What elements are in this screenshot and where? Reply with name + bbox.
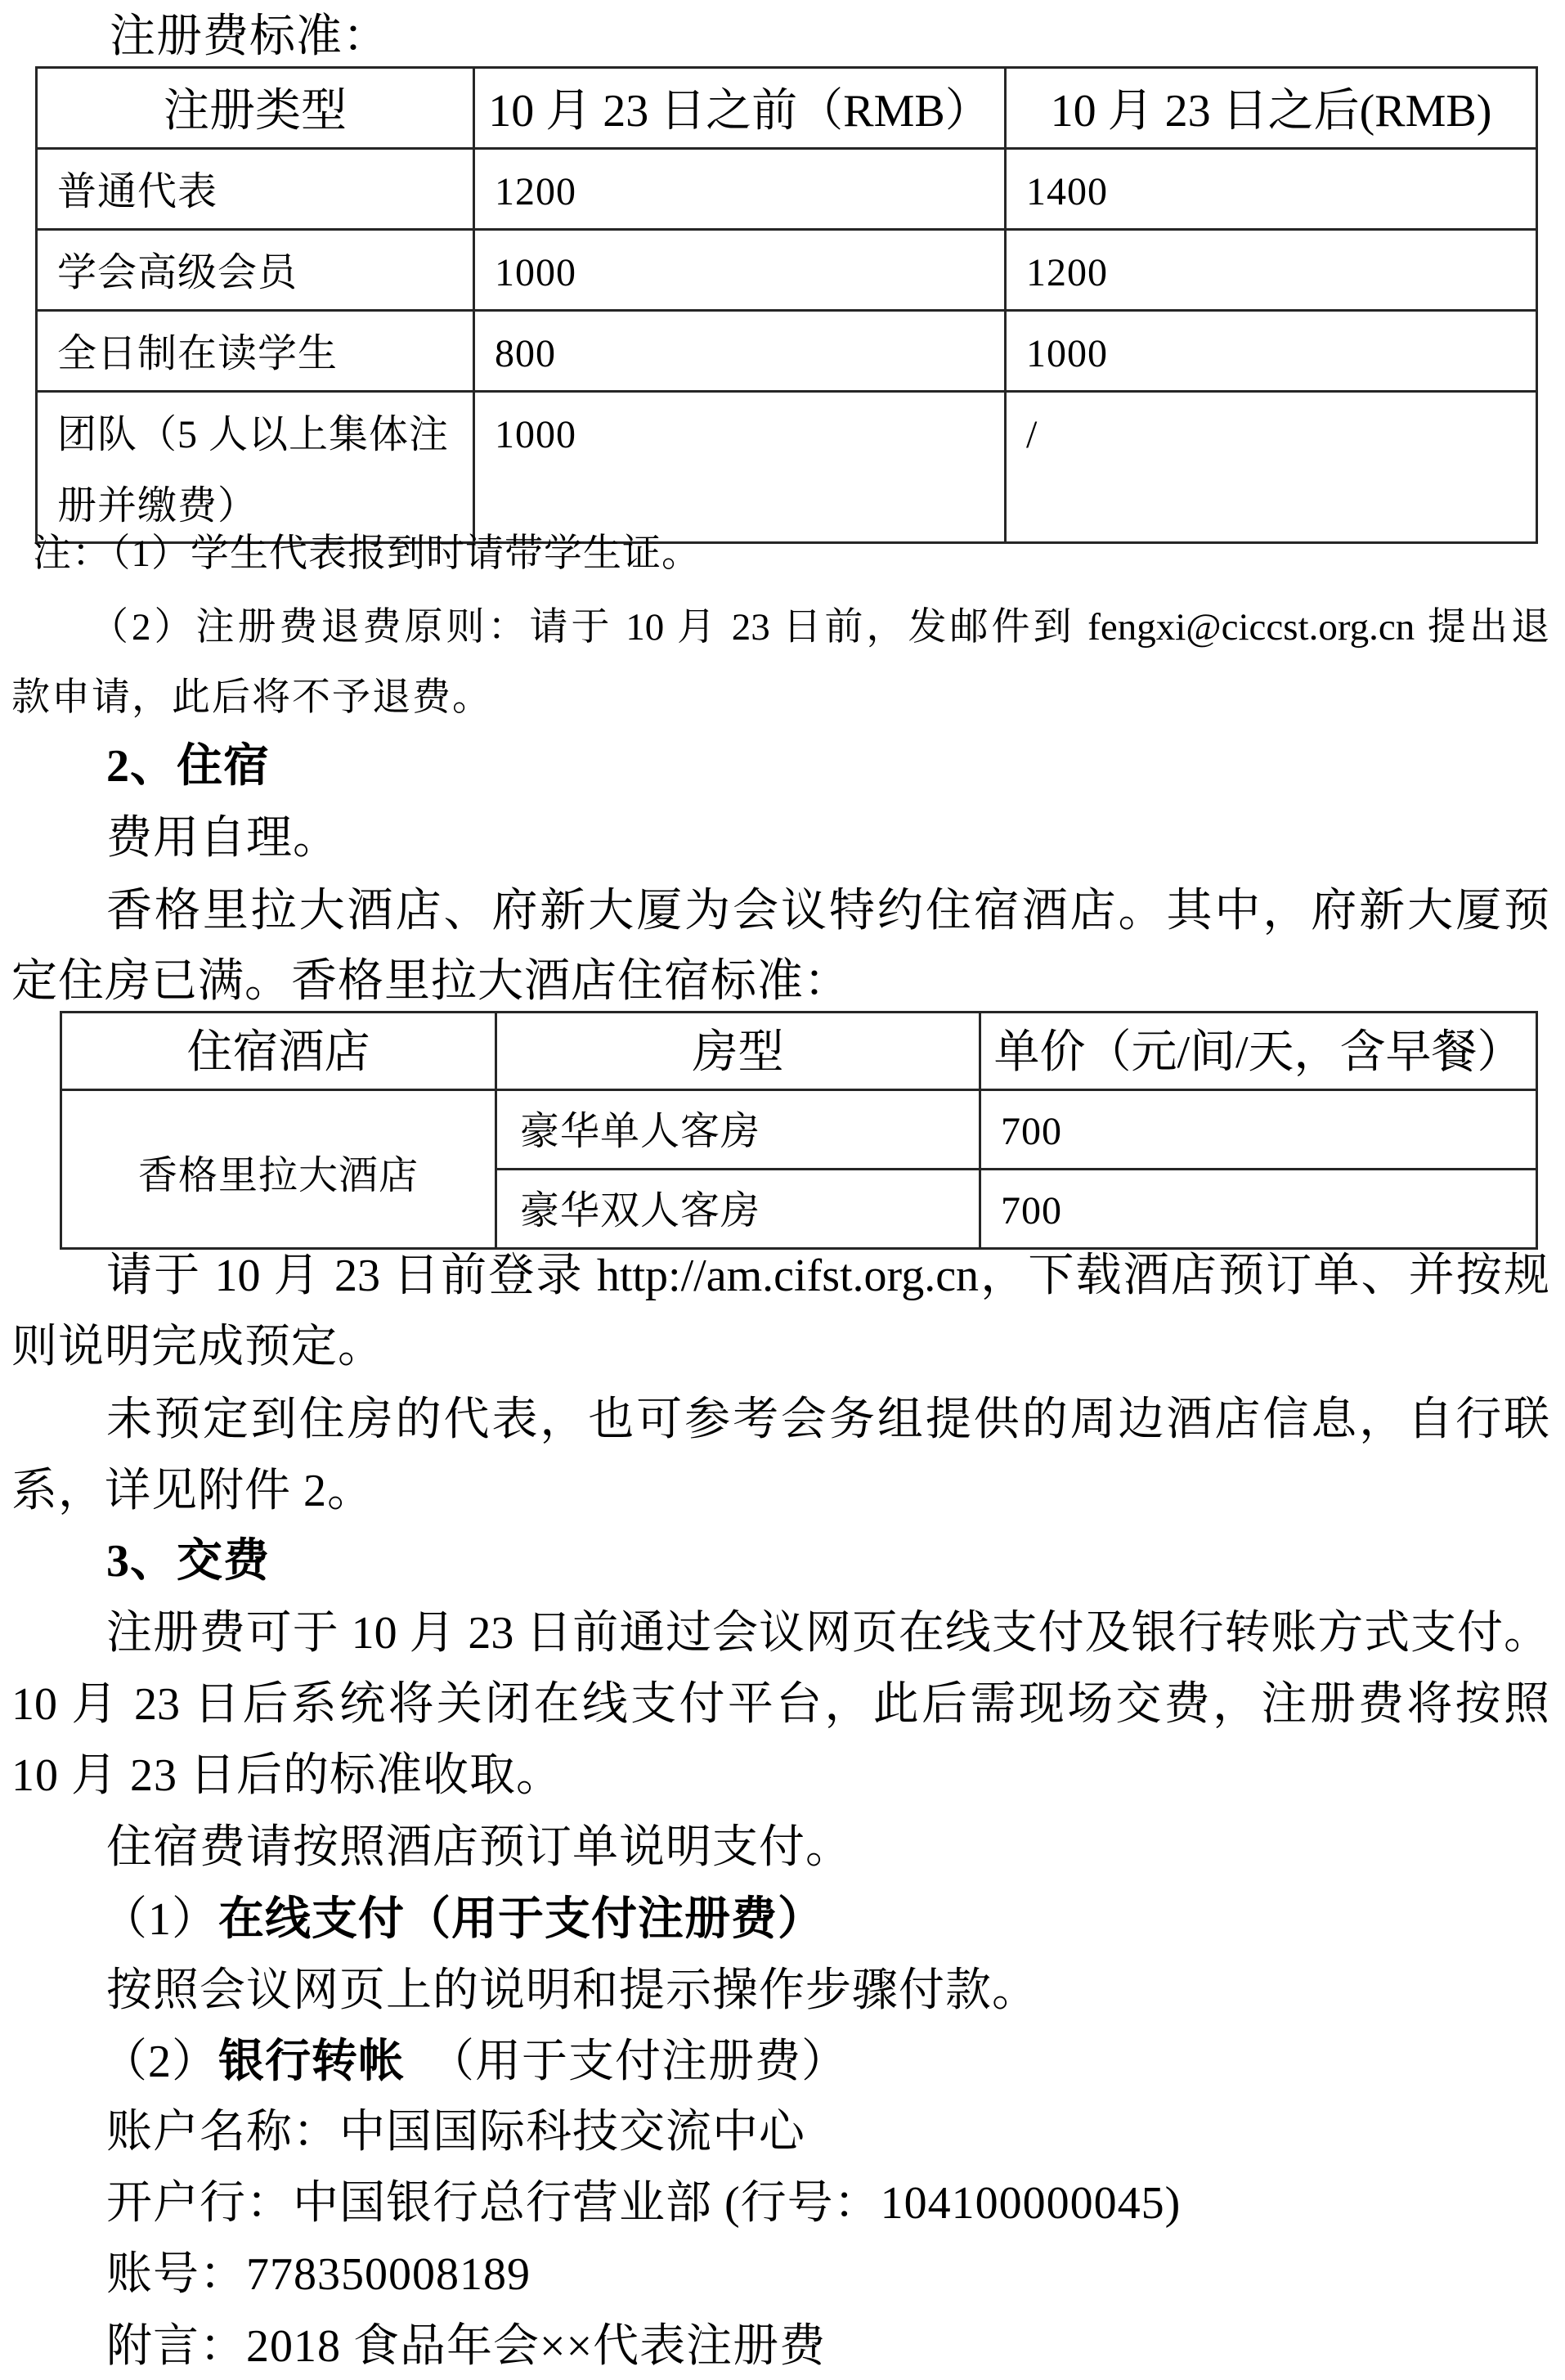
- room-price-cell: 700: [980, 1090, 1537, 1170]
- subheading-title: 在线支付（用于支付注册费）: [218, 1894, 824, 1945]
- bank-transfer-memo: 附言：2018 食品年会××代表注册费: [106, 2310, 826, 2380]
- fee-before-cell: 1200: [474, 149, 1006, 230]
- bank-account-number: 账号：778350008189: [106, 2239, 531, 2310]
- accommodation-hotels-line-2: 定住房已满。香格里拉大酒店住宿标准：: [11, 945, 850, 1017]
- fee-before-cell: 800: [474, 311, 1006, 392]
- fee-after-cell: 1000: [1006, 311, 1537, 392]
- room-type-cell: 豪华双人客房: [496, 1170, 980, 1249]
- subheading-bank-transfer: （2）银行转帐 （用于支付注册费）: [101, 2026, 848, 2098]
- booking-instructions-line-2: 则说明完成预定。: [11, 1311, 384, 1383]
- column-header-before-oct23: 10 月 23 日之前（RMB）: [474, 68, 1006, 149]
- section-heading-payment: 3、交费: [106, 1525, 270, 1597]
- registration-type-line: 团队（5 人以上集体注: [57, 399, 473, 470]
- room-type-cell: 豪华单人客房: [496, 1090, 980, 1170]
- subheading-number: （1）: [101, 1894, 218, 1945]
- registration-type-cell: 全日制在读学生: [37, 311, 474, 392]
- hotel-name-cell: 香格里拉大酒店: [61, 1090, 496, 1249]
- table-row: 学会高级会员 1000 1200: [37, 230, 1537, 311]
- subheading-title: 银行转帐: [218, 2036, 405, 2087]
- registration-fee-table: 注册类型 10 月 23 日之前（RMB） 10 月 23 日之后(RMB) 普…: [35, 66, 1538, 544]
- booking-instructions-line-1: 请于 10 月 23 日前登录 http://am.cifst.org.cn，下…: [106, 1240, 1549, 1312]
- bank-branch: 开户行：中国银行总行营业部 (行号：104100000045): [106, 2167, 1181, 2239]
- alternative-hotels-line-2: 系，详见附件 2。: [11, 1455, 374, 1527]
- table-header-row: 住宿酒店 房型 单价（元/间/天，含早餐）: [61, 1013, 1537, 1090]
- column-header-registration-type: 注册类型: [37, 68, 474, 149]
- fee-after-cell: 1200: [1006, 230, 1537, 311]
- registration-fee-title: 注册费标准：: [110, 1, 389, 73]
- alternative-hotels-line-1: 未预定到住房的代表，也可参考会务组提供的周边酒店信息，自行联: [106, 1384, 1549, 1456]
- payment-intro-line-2: 10 月 23 日后系统将关闭在线支付平台，此后需现场交费，注册费将按照: [11, 1668, 1549, 1740]
- note-refund-line-2: 款申请，此后将不予退费。: [11, 662, 492, 734]
- section-heading-accommodation: 2、住宿: [106, 730, 270, 802]
- column-header-hotel: 住宿酒店: [61, 1013, 496, 1090]
- accommodation-self-pay: 费用自理。: [106, 802, 339, 874]
- registration-type-cell: 普通代表: [37, 149, 474, 230]
- fee-before-cell: 1000: [474, 230, 1006, 311]
- fee-after-cell: /: [1006, 392, 1537, 543]
- online-payment-description: 按照会议网页上的说明和提示操作步骤付款。: [106, 1955, 1038, 2027]
- note-refund-line-1: （2）注册费退费原则：请于 10 月 23 日前，发邮件到 fengxi@cic…: [90, 591, 1549, 663]
- bank-account-name: 账户名称：中国国际科技交流中心: [106, 2096, 805, 2168]
- subheading-note: （用于支付注册费）: [405, 2036, 848, 2087]
- column-header-price: 单价（元/间/天，含早餐）: [980, 1013, 1537, 1090]
- hotel-rate-table: 住宿酒店 房型 单价（元/间/天，含早餐） 香格里拉大酒店 豪华单人客房 700…: [60, 1011, 1538, 1250]
- payment-intro-line-3: 10 月 23 日后的标准收取。: [11, 1740, 563, 1812]
- subheading-online-payment: （1）在线支付（用于支付注册费）: [101, 1884, 824, 1956]
- column-header-room-type: 房型: [496, 1013, 980, 1090]
- note-student-id: 注：（1）学生代表报到时请带学生证。: [33, 518, 701, 590]
- room-price-cell: 700: [980, 1170, 1537, 1249]
- accommodation-fee-note: 住宿费请按照酒店预订单说明支付。: [106, 1812, 852, 1884]
- column-header-after-oct23: 10 月 23 日之后(RMB): [1006, 68, 1537, 149]
- registration-type-cell: 学会高级会员: [37, 230, 474, 311]
- table-header-row: 注册类型 10 月 23 日之前（RMB） 10 月 23 日之后(RMB): [37, 68, 1537, 149]
- payment-intro-line-1: 注册费可于 10 月 23 日前通过会议网页在线支付及银行转账方式支付。: [106, 1597, 1549, 1669]
- fee-after-cell: 1400: [1006, 149, 1537, 230]
- document-page: 注册费标准： 注册类型 10 月 23 日之前（RMB） 10 月 23 日之后…: [0, 0, 1565, 2380]
- table-row: 普通代表 1200 1400: [37, 149, 1537, 230]
- table-row: 香格里拉大酒店 豪华单人客房 700: [61, 1090, 1537, 1170]
- table-row: 全日制在读学生 800 1000: [37, 311, 1537, 392]
- accommodation-hotels-line-1: 香格里拉大酒店、府新大厦为会议特约住宿酒店。其中，府新大厦预: [106, 875, 1549, 947]
- subheading-number: （2）: [101, 2036, 218, 2087]
